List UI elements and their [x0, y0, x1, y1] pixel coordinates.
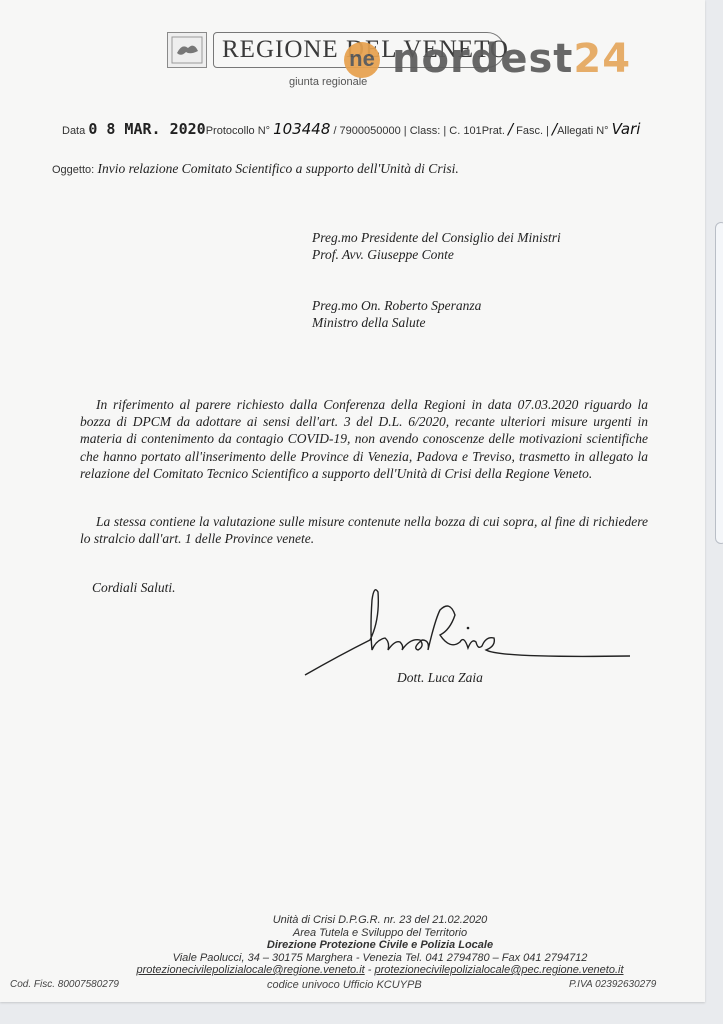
- email-link-regione[interactable]: protezionecivilepolizialocale@regione.ve…: [136, 964, 364, 976]
- signer-name: Dott. Luca Zaia: [397, 670, 483, 686]
- subject-line: Oggetto: Invio relazione Comitato Scient…: [52, 161, 459, 177]
- watermark-number: 24: [573, 36, 631, 82]
- letterhead-subtitle: giunta regionale: [289, 76, 367, 88]
- closing: Cordiali Saluti.: [92, 580, 176, 596]
- footer: Unità di Crisi D.P.G.R. nr. 23 del 21.02…: [80, 914, 680, 977]
- subject-text: Invio relazione Comitato Scientifico a s…: [97, 161, 458, 176]
- email-link-pec[interactable]: protezionecivilepolizialocale@pec.region…: [374, 964, 623, 976]
- protocol-number: 103448: [273, 120, 330, 138]
- codice-univoco: codice univoco Ufficio KCUYPB: [267, 979, 422, 991]
- allegati-value: Vari: [612, 120, 641, 138]
- region-crest-icon: [167, 32, 207, 68]
- cod-fisc: Cod. Fisc. 80007580279: [10, 979, 119, 990]
- watermark-badge-icon: ne: [344, 42, 380, 78]
- body-paragraph-1: In riferimento al parere richiesto dalla…: [80, 396, 648, 482]
- protocol-line: Data 0 8 MAR. 2020Protocollo N° 103448 /…: [62, 120, 640, 138]
- document-page: REGIONE DEL VENETO giunta regionale ne n…: [0, 0, 705, 1002]
- date-stamp: 0 8 MAR. 2020: [88, 120, 205, 138]
- scrollbar[interactable]: [715, 222, 723, 544]
- recipient-1: Preg.mo Presidente del Consiglio dei Min…: [312, 229, 561, 263]
- watermark-brand: nordest: [392, 36, 573, 82]
- recipient-2: Preg.mo On. Roberto Speranza Ministro de…: [312, 297, 481, 331]
- body-paragraph-2: La stessa contiene la valutazione sulle …: [80, 513, 648, 547]
- watermark-logo: nordest24: [392, 36, 631, 82]
- piva: P.IVA 02392630279: [569, 979, 656, 990]
